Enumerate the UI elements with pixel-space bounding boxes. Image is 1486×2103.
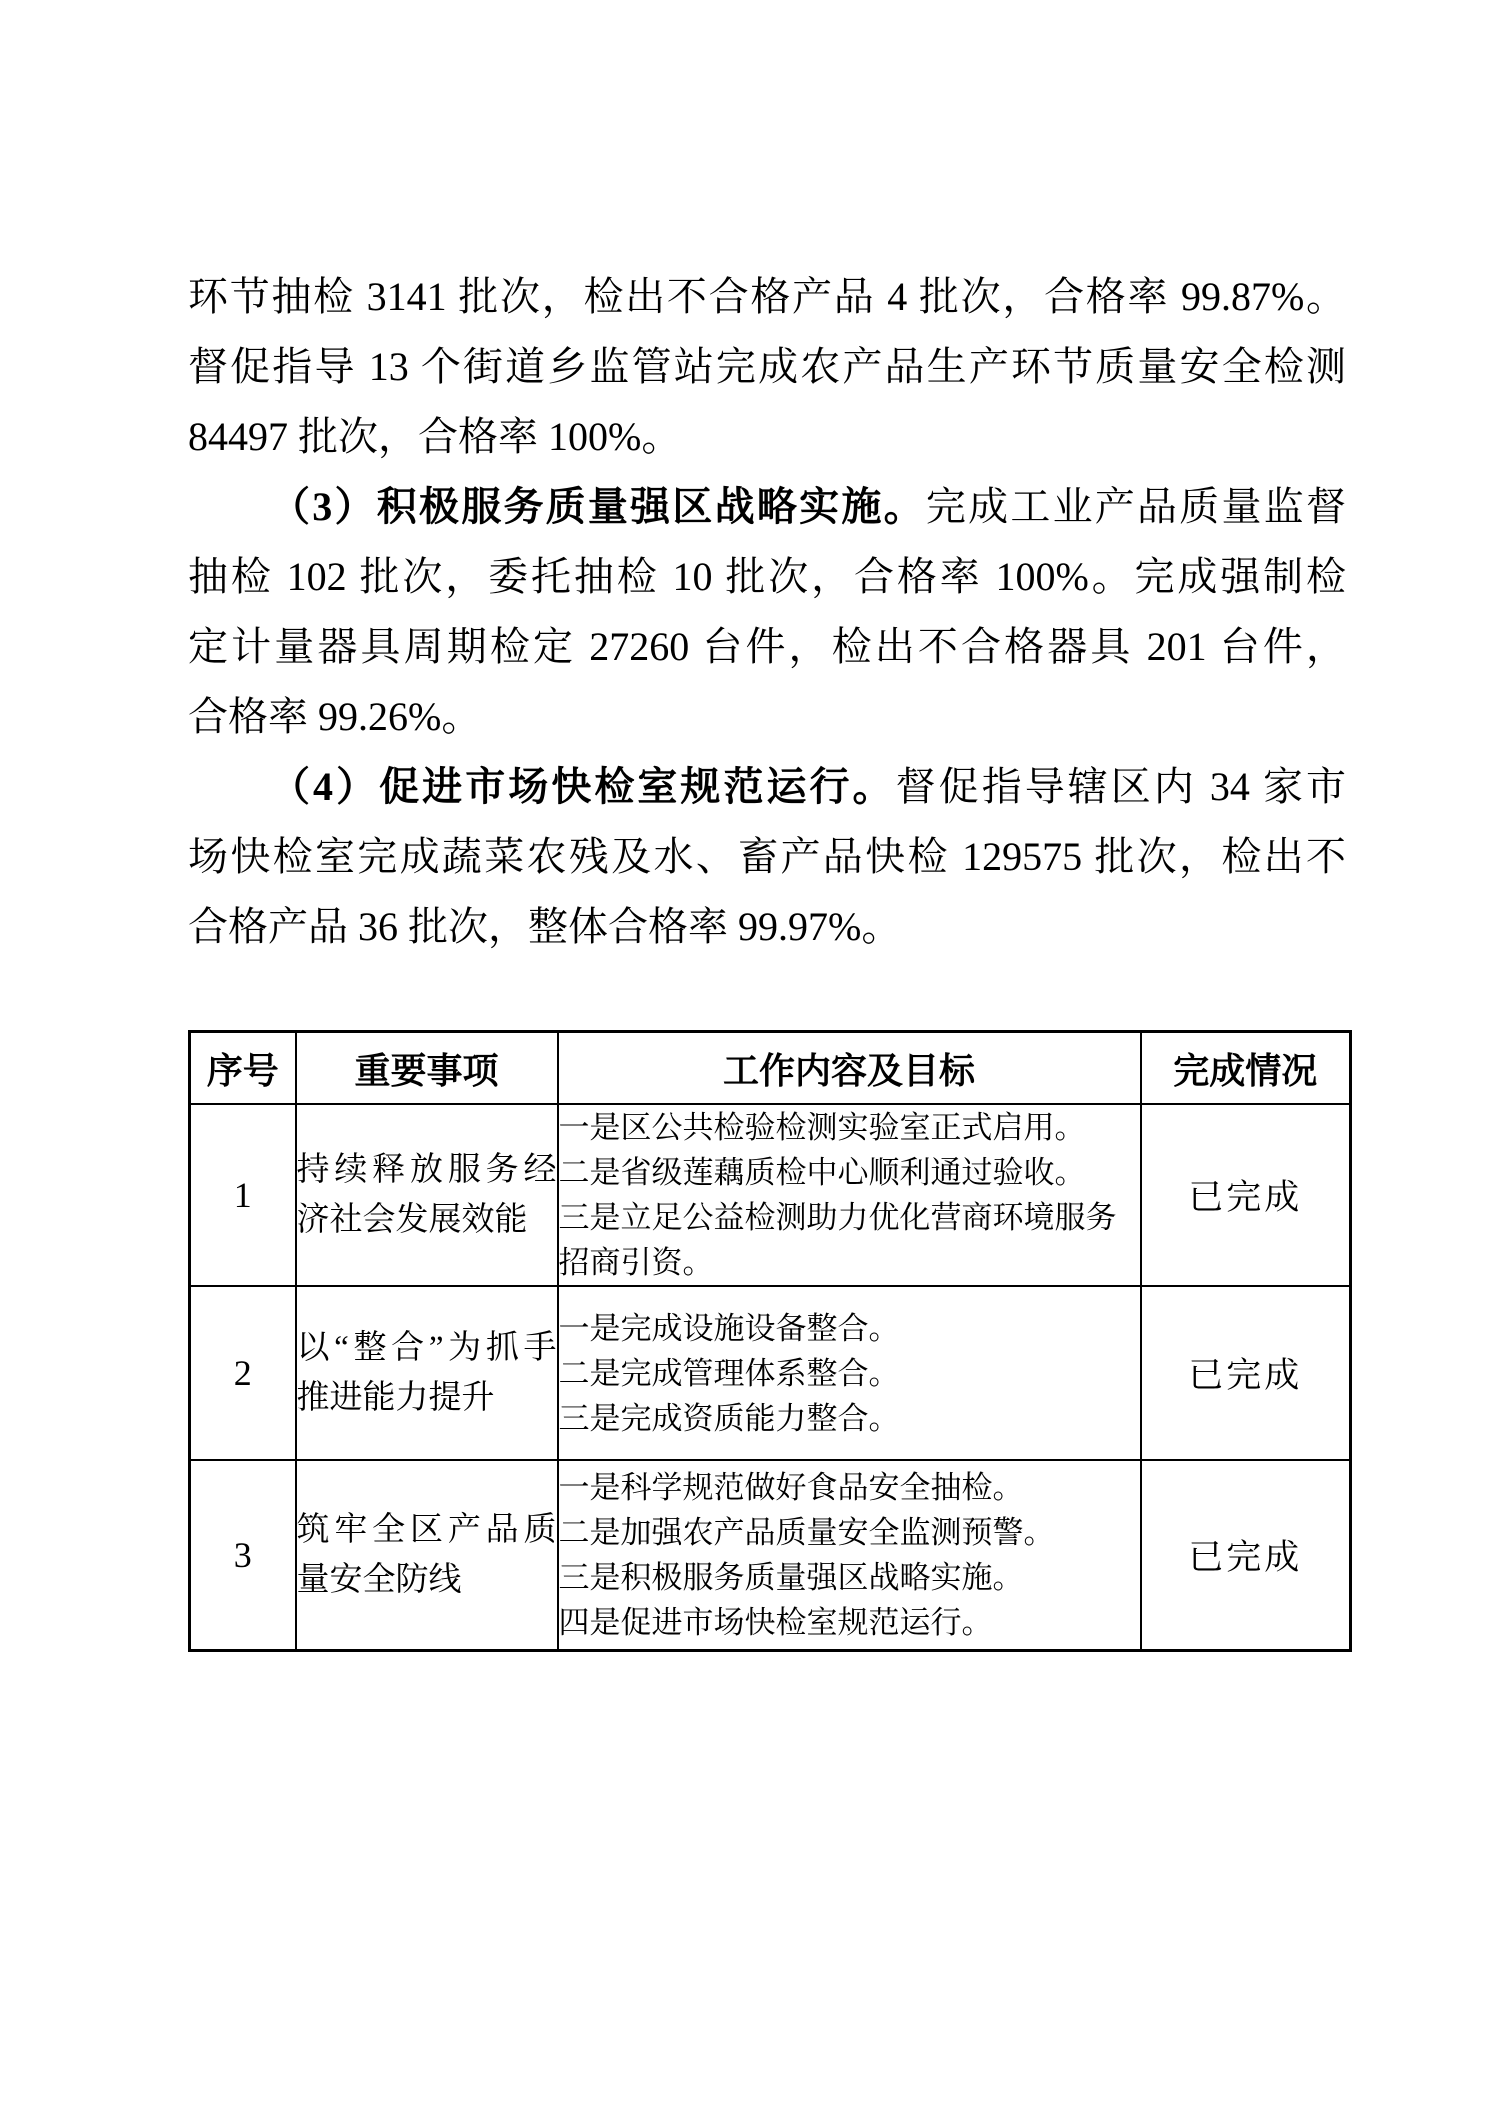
- header-cell-status: 完成情况: [1141, 1032, 1351, 1105]
- paragraph-text: 督促指导辖区内 34 家市: [896, 764, 1346, 809]
- content-cell: 一是区公共检验检测实验室正式启用。 二是省级莲藕质检中心顺利通过验收。 三是立足…: [558, 1104, 1141, 1286]
- content-line: 一是科学规范做好食品安全抽检。: [559, 1465, 1140, 1510]
- status-cell: 已完成: [1141, 1104, 1351, 1286]
- paragraph-line: 定计量器具周期检定 27260 台件，检出不合格器具 201 台件，: [188, 612, 1346, 682]
- content-line: 三是完成资质能力整合。: [559, 1396, 1140, 1441]
- status-cell: 已完成: [1141, 1286, 1351, 1460]
- content-line: 四是促进市场快检室规范运行。: [559, 1600, 1140, 1645]
- table-header-row: 序号 重要事项 工作内容及目标 完成情况: [190, 1032, 1351, 1105]
- header-cell-item: 重要事项: [296, 1032, 558, 1105]
- content-line: 三是积极服务质量强区战略实施。: [559, 1555, 1140, 1600]
- section-heading-4: （4）促进市场快检室规范运行。: [270, 764, 896, 809]
- paragraph-line: 场快检室完成蔬菜农残及水、畜产品快检 129575 批次，检出不: [188, 822, 1346, 892]
- item-cell: 筑牢全区产品质量安全防线: [296, 1460, 558, 1651]
- paragraph-line: 84497 批次，合格率 100%。: [188, 402, 1346, 472]
- content-cell: 一是完成设施设备整合。 二是完成管理体系整合。 三是完成资质能力整合。: [558, 1286, 1141, 1460]
- row-number-cell: 1: [190, 1104, 296, 1286]
- row-number-cell: 2: [190, 1286, 296, 1460]
- content-line: 一是完成设施设备整合。: [559, 1306, 1140, 1351]
- content-line: 二是加强农产品质量安全监测预警。: [559, 1510, 1140, 1555]
- content-line: 二是省级莲藕质检中心顺利通过验收。: [559, 1150, 1140, 1195]
- table-row: 1 持续释放服务经济社会发展效能 一是区公共检验检测实验室正式启用。 二是省级莲…: [190, 1104, 1351, 1286]
- paragraph-line: （4）促进市场快检室规范运行。督促指导辖区内 34 家市: [188, 752, 1346, 822]
- header-cell-number: 序号: [190, 1032, 296, 1105]
- paragraph-line: 督促指导 13 个街道乡监管站完成农产品生产环节质量安全检测: [188, 332, 1346, 402]
- header-cell-content: 工作内容及目标: [558, 1032, 1141, 1105]
- item-cell: 以“整合”为抓手推进能力提升: [296, 1286, 558, 1460]
- item-cell: 持续释放服务经济社会发展效能: [296, 1104, 558, 1286]
- paragraph-line: 环节抽检 3141 批次，检出不合格产品 4 批次，合格率 99.87%。: [188, 262, 1346, 332]
- paragraph-line: 合格产品 36 批次，整体合格率 99.97%。: [188, 892, 1346, 962]
- document-content: 环节抽检 3141 批次，检出不合格产品 4 批次，合格率 99.87%。 督促…: [188, 262, 1346, 1652]
- table-row: 2 以“整合”为抓手推进能力提升 一是完成设施设备整合。 二是完成管理体系整合。…: [190, 1286, 1351, 1460]
- work-summary-table: 序号 重要事项 工作内容及目标 完成情况 1 持续释放服务经济社会发展效能 一是…: [188, 1030, 1352, 1652]
- document-page: 环节抽检 3141 批次，检出不合格产品 4 批次，合格率 99.87%。 督促…: [0, 0, 1486, 2103]
- row-number-cell: 3: [190, 1460, 296, 1651]
- content-line: 三是立足公益检测助力优化营商环境服务招商引资。: [559, 1195, 1140, 1285]
- section-heading-3: （3）积极服务质量强区战略实施。: [270, 484, 926, 529]
- content-cell: 一是科学规范做好食品安全抽检。 二是加强农产品质量安全监测预警。 三是积极服务质…: [558, 1460, 1141, 1651]
- paragraph-text: 完成工业产品质量监督: [926, 484, 1346, 529]
- content-line: 二是完成管理体系整合。: [559, 1351, 1140, 1396]
- status-cell: 已完成: [1141, 1460, 1351, 1651]
- content-line: 一是区公共检验检测实验室正式启用。: [559, 1105, 1140, 1150]
- paragraph-line: 抽检 102 批次，委托抽检 10 批次，合格率 100%。完成强制检: [188, 542, 1346, 612]
- paragraph-line: （3）积极服务质量强区战略实施。完成工业产品质量监督: [188, 472, 1346, 542]
- paragraph-line: 合格率 99.26%。: [188, 682, 1346, 752]
- table-row: 3 筑牢全区产品质量安全防线 一是科学规范做好食品安全抽检。 二是加强农产品质量…: [190, 1460, 1351, 1651]
